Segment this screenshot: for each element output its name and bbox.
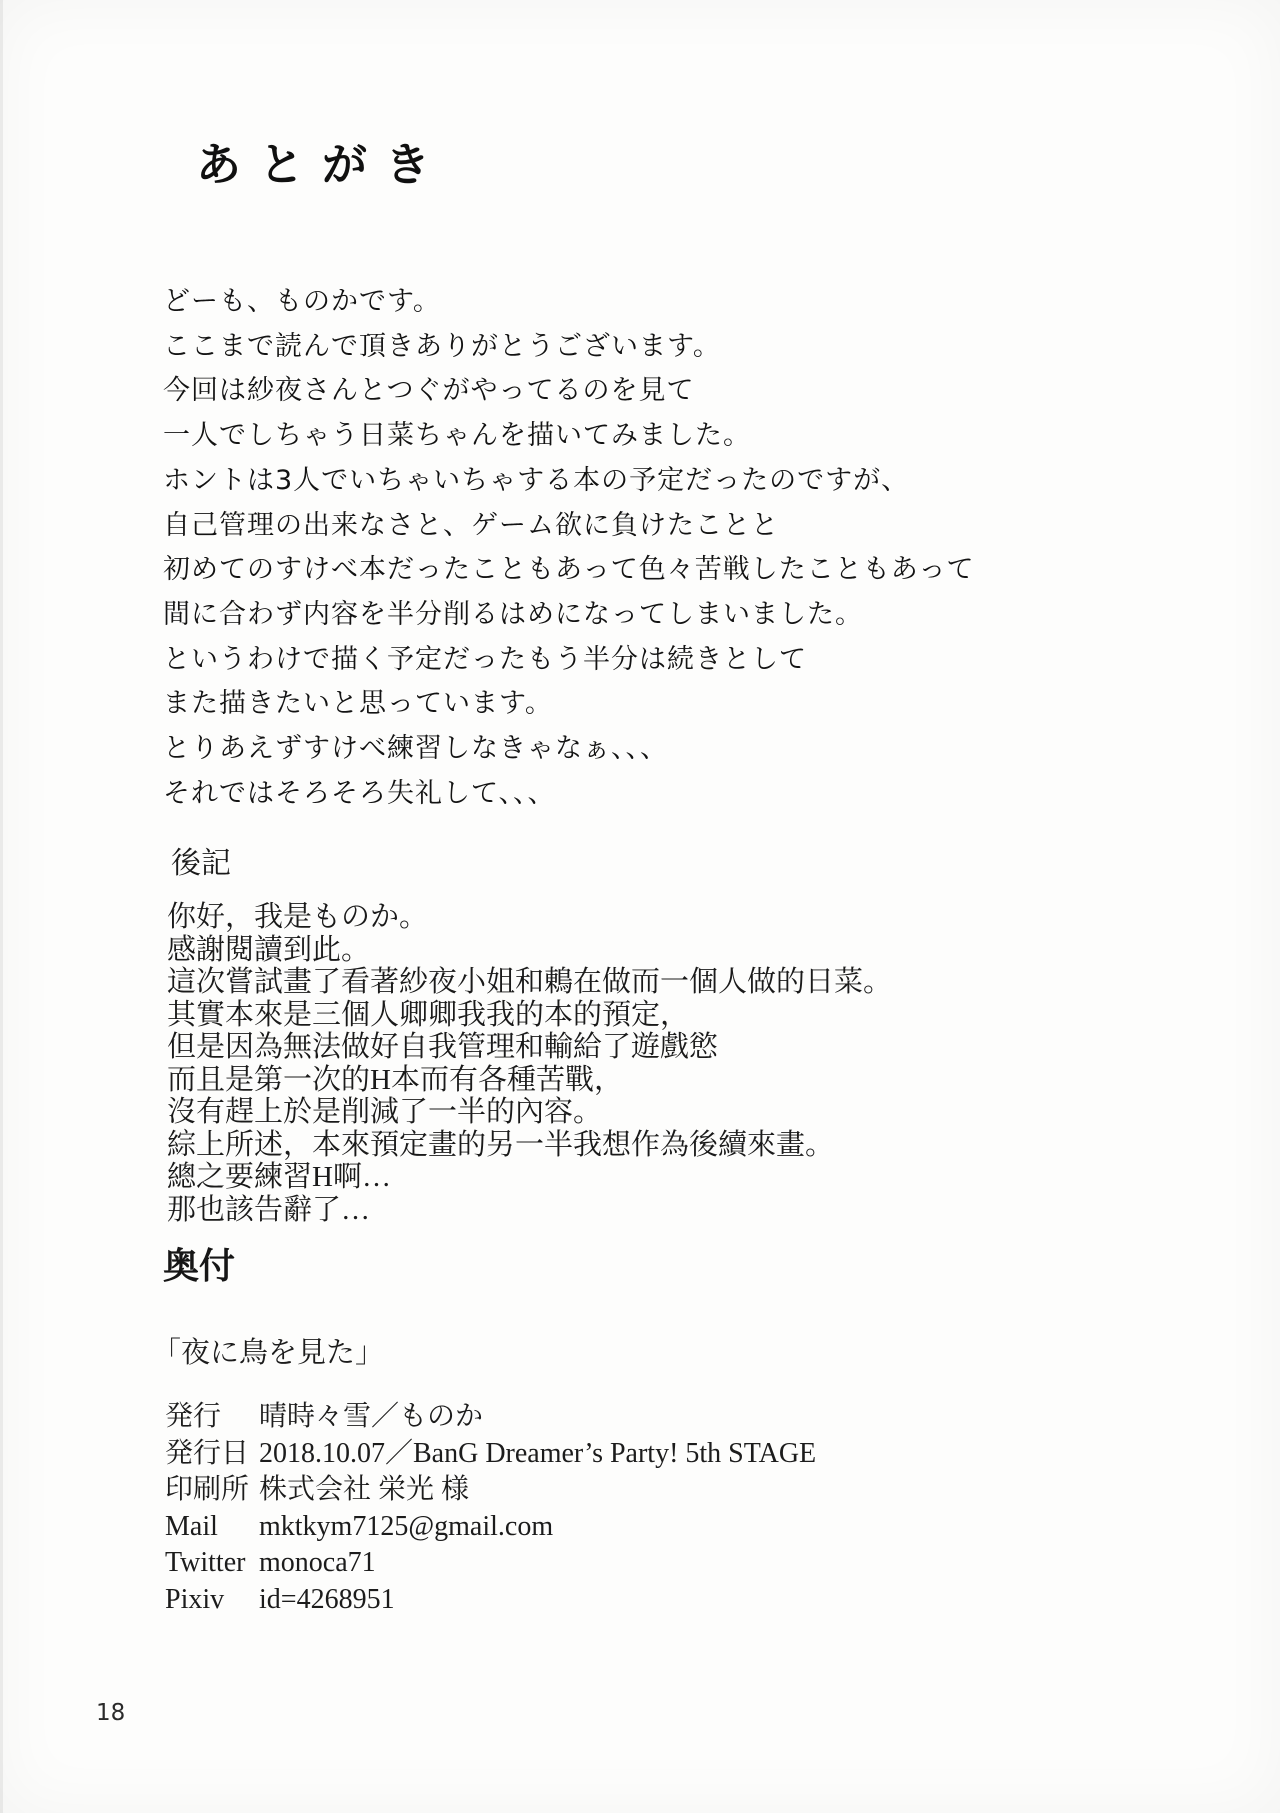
colophon-value: id=4268951 — [259, 1582, 395, 1619]
afterword-line: また描きたいと思っています。 — [163, 682, 974, 727]
colophon-row: Pixiv id=4268951 — [165, 1582, 816, 1619]
afterword-line: 初めてのすけべ本だったこともあって色々苦戦したこともあって — [163, 548, 974, 593]
postscript-line: 沒有趕上於是削減了一半的內容。 — [167, 1096, 892, 1129]
postscript-line: 但是因為無法做好自我管理和輸給了遊戲慾 — [167, 1031, 892, 1064]
colophon-label: Twitter — [165, 1545, 259, 1582]
scanned-afterword-page: あとがき どーも、ものかです。 ここまで読んで頂きありがとうございます。 今回は… — [0, 0, 1280, 1813]
colophon-label: Mail — [165, 1509, 259, 1546]
colophon-label: 発行日 — [165, 1436, 259, 1473]
afterword-line: 一人でしちゃう日菜ちゃんを描いてみました。 — [163, 414, 974, 459]
colophon-row: Mail mktkym7125@gmail.com — [165, 1509, 816, 1546]
colophon-heading: 奥付 — [163, 1238, 235, 1289]
afterword-line: 自己管理の出来なさと、ゲーム欲に負けたことと — [163, 504, 974, 549]
colophon-row: 印刷所 株式会社 栄光 様 — [165, 1472, 816, 1509]
colophon-value: monoca71 — [259, 1545, 376, 1582]
colophon-value: 株式会社 栄光 様 — [259, 1472, 469, 1509]
colophon-block: 発行 晴時々雪／ものか 発行日 2018.10.07／BanG Dreamer’… — [165, 1399, 816, 1619]
postscript-text-block: 你好，我是ものか。 感謝閱讀到此。 這次嘗試畫了看著紗夜小姐和鶇在做而一個人做的… — [167, 901, 892, 1226]
colophon-row: Twitter monoca71 — [165, 1545, 816, 1582]
postscript-line: 那也該告辭了… — [167, 1194, 892, 1227]
colophon-value: 2018.10.07／BanG Dreamer’s Party! 5th STA… — [259, 1436, 816, 1473]
colophon-row: 発行 晴時々雪／ものか — [165, 1399, 816, 1436]
afterword-line: ここまで読んで頂きありがとうございます。 — [163, 325, 974, 370]
postscript-line: 這次嘗試畫了看著紗夜小姐和鶇在做而一個人做的日菜。 — [167, 966, 892, 999]
afterword-line: どーも、ものかです。 — [163, 280, 974, 325]
colophon-label: 発行 — [165, 1399, 259, 1436]
colophon-label: Pixiv — [165, 1582, 259, 1619]
postscript-line: 而且是第一次的H本而有各種苦戰， — [167, 1064, 892, 1097]
afterword-line: それではそろそろ失礼して、、、 — [163, 772, 974, 817]
postscript-line: 綜上所述，本來預定畫的另一半我想作為後續來畫。 — [167, 1129, 892, 1162]
postscript-line: 你好，我是ものか。 — [167, 901, 892, 934]
postscript-heading: 後記 — [171, 838, 231, 882]
afterword-line: というわけで描く予定だったもう半分は続きとして — [163, 638, 974, 683]
colophon-value: 晴時々雪／ものか — [259, 1399, 483, 1436]
postscript-line: 其實本來是三個人卿卿我我的本的預定， — [167, 999, 892, 1032]
colophon-row: 発行日 2018.10.07／BanG Dreamer’s Party! 5th… — [165, 1436, 816, 1473]
colophon-label: 印刷所 — [165, 1472, 259, 1509]
afterword-heading: あとがき — [196, 128, 448, 193]
page-number: 18 — [96, 1700, 125, 1726]
book-title: 「夜に鳥を見た」 — [152, 1330, 384, 1371]
afterword-line: とりあえずすけべ練習しなきゃなぁ、、、 — [163, 727, 974, 772]
postscript-line: 感謝閱讀到此。 — [167, 934, 892, 967]
postscript-line: 總之要練習H啊… — [167, 1161, 892, 1194]
colophon-value: mktkym7125@gmail.com — [259, 1509, 553, 1546]
afterword-text-block: どーも、ものかです。 ここまで読んで頂きありがとうございます。 今回は紗夜さんと… — [163, 280, 974, 816]
afterword-line: 間に合わず内容を半分削るはめになってしまいました。 — [163, 593, 974, 638]
afterword-line: ホントは3人でいちゃいちゃする本の予定だったのですが、 — [163, 459, 974, 504]
afterword-line: 今回は紗夜さんとつぐがやってるのを見て — [163, 369, 974, 414]
